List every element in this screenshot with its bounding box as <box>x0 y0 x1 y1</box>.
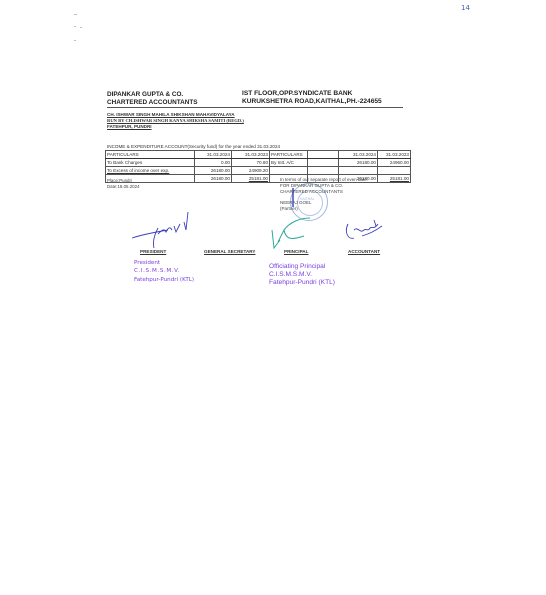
table-row: To Bank Charges 0.00 70.80 By Intt. A/C … <box>106 159 411 167</box>
table-row: To Excess of income over exp. 26180.00 2… <box>106 167 411 175</box>
scan-speck <box>74 26 76 27</box>
table-cell: 26180.00 <box>195 175 232 183</box>
table-cell: 0.00 <box>195 159 232 167</box>
scan-speck <box>74 40 76 41</box>
firm-address-line1: IST FLOOR,OPP.SYNDICATE BANK <box>242 90 352 97</box>
place-label: Place:Pundri <box>107 178 132 183</box>
institution-society: RUN BY CH.ISHWAR SINGH KANYA SHIKSHA SAM… <box>107 118 244 123</box>
accountant-signature-icon <box>344 218 384 244</box>
table-cell <box>308 167 339 175</box>
table-cell: 26180.00 <box>195 167 232 175</box>
firm-address-line2: KURUKSHETRA ROAD,KAITHAL,PH.-224655 <box>242 98 382 105</box>
table-cell: 26180.00 <box>339 159 378 167</box>
column-header <box>308 151 339 159</box>
table-cell <box>308 159 339 167</box>
page-number: 14 <box>461 4 470 12</box>
principal-stamp-org: C.I.S.M.S.M.V. <box>269 271 312 278</box>
signatory-accountant: ACCOUNTANT <box>348 249 380 254</box>
table-cell: 70.80 <box>232 159 270 167</box>
president-signature-icon <box>132 210 192 250</box>
column-header: PARTICULARS <box>270 151 308 159</box>
table-cell: To Excess of income over exp. <box>106 167 195 175</box>
principal-stamp-location: Fatehpur-Pundri (KTL) <box>269 279 335 286</box>
column-header: 31.03.2024 <box>195 151 232 159</box>
table-cell <box>378 167 411 175</box>
president-stamp-title: President <box>134 260 160 266</box>
firm-name: DIPANKAR GUPTA & CO. <box>107 91 183 98</box>
signatory-president: PRESIDENT <box>140 249 166 254</box>
table-cell: 24909.20 <box>232 167 270 175</box>
table-cell: 24960.00 <box>378 159 411 167</box>
column-header: 31.03.2023 <box>232 151 270 159</box>
column-header: 31.03.2023 <box>378 151 411 159</box>
president-stamp-location: Fatehpur-Pundri (KTL) <box>134 277 194 283</box>
president-stamp-org: C.I.S.M.S.M.V. <box>134 268 180 274</box>
column-header: 31.03.2024 <box>339 151 378 159</box>
table-cell: 25181.00 <box>378 175 411 183</box>
table-cell <box>270 167 308 175</box>
institution-name: CH. ISHWAR SINGH MAHILA SHIKSHAN MAHAVID… <box>107 112 235 117</box>
table-cell: To Bank Charges <box>106 159 195 167</box>
scan-speck <box>80 27 82 28</box>
institution-location: FATEHPUR, PUNDRI <box>107 124 152 129</box>
table-cell: 25181.00 <box>232 175 270 183</box>
column-header: PARTICULARS <box>106 151 195 159</box>
date-label: Date:18.05.2024 <box>107 184 139 189</box>
firm-subtitle: CHARTERED ACCOUNTANTS <box>107 99 198 106</box>
header-divider <box>107 107 403 108</box>
signatory-general-secretary: GENERAL SECRETARY <box>204 249 255 254</box>
table-cell <box>339 167 378 175</box>
auditor-report-note: In terms of our separate report of even … <box>280 177 368 182</box>
auditor-signature-icon <box>290 188 296 208</box>
signatory-principal: PRINCIPAL <box>284 249 308 254</box>
statement-title: INCOME & EXPENDITURE ACCOUNT(Security fu… <box>107 144 280 149</box>
scan-speck <box>74 14 77 15</box>
principal-signature-icon <box>270 216 314 250</box>
principal-stamp-title: Officiating Principal <box>269 263 325 270</box>
table-cell: By Intt. A/C <box>270 159 308 167</box>
table-header-row: PARTICULARS 31.03.2024 31.03.2023 PARTIC… <box>106 151 411 159</box>
